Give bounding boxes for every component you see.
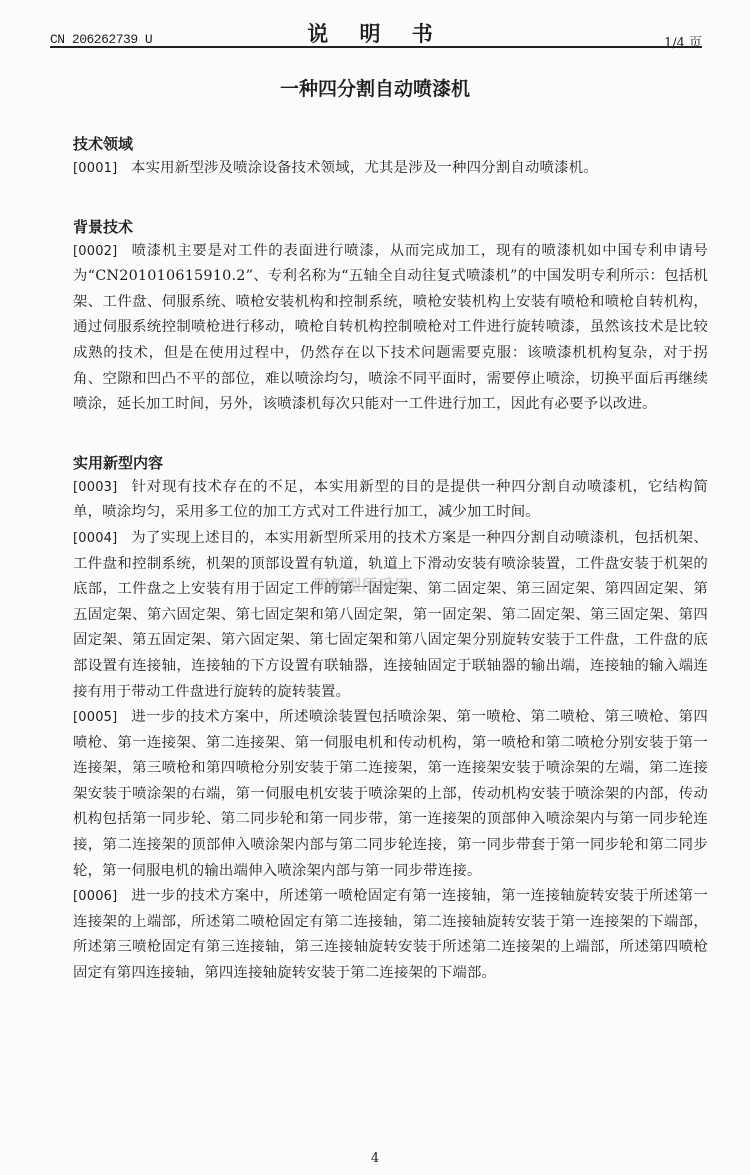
- header-divider: [50, 46, 702, 48]
- paragraph-text: 本实用新型涉及喷涂设备技术领域，尤其是涉及一种四分割自动喷漆机。: [131, 160, 598, 176]
- paragraph-0002: [0002]喷漆机主要是对工件的表面进行喷漆，从而完成加工，现有的喷漆机如中国专…: [73, 239, 708, 418]
- page-footer: 4: [0, 1151, 750, 1166]
- section-heading-technical-field: 技术领域: [73, 132, 708, 156]
- document-body: 技术领域 [0001]本实用新型涉及喷涂设备技术领域，尤其是涉及一种四分割自动喷…: [73, 132, 708, 987]
- section-heading-summary: 实用新型内容: [73, 451, 708, 475]
- paragraph-number: [0001]: [73, 156, 131, 182]
- paragraph-0004: [0004]为了实现上述目的，本实用新型所采用的技术方案是一种四分割自动喷漆机，…: [73, 526, 708, 705]
- paragraph-0005: [0005]进一步的技术方案中，所述喷涂装置包括喷涂架、第一喷枪、第二喷枪、第三…: [73, 705, 708, 884]
- paragraph-0003: [0003]针对现有技术存在的不足，本实用新型的目的是提供一种四分割自动喷漆机，…: [73, 475, 708, 526]
- paragraph-0001: [0001]本实用新型涉及喷涂设备技术领域，尤其是涉及一种四分割自动喷漆机。: [73, 156, 708, 182]
- paragraph-number: [0004]: [73, 526, 131, 552]
- paragraph-text: 针对现有技术存在的不足，本实用新型的目的是提供一种四分割自动喷漆机，它结构简单，…: [73, 479, 708, 521]
- paragraph-0006: [0006]进一步的技术方案中，所述第一喷枪固定有第一连接轴，第一连接轴旋转安装…: [73, 884, 708, 986]
- section-gap: [73, 182, 708, 215]
- paragraph-text: 进一步的技术方案中，所述第一喷枪固定有第一连接轴，第一连接轴旋转安装于所述第一连…: [73, 888, 708, 981]
- paragraph-text: 喷漆机主要是对工件的表面进行喷漆，从而完成加工，现有的喷漆机如中国专利申请号为“…: [73, 243, 708, 413]
- page-info: 1/4 页: [664, 32, 702, 51]
- page-header: CN 206262739 U 说 明 书 1/4 页: [50, 14, 702, 48]
- paragraph-text: 为了实现上述目的，本实用新型所采用的技术方案是一种四分割自动喷漆机，包括机架、工…: [73, 530, 708, 700]
- document-type: 说 明 书: [50, 18, 702, 48]
- paragraph-number: [0006]: [73, 884, 131, 910]
- paragraph-number: [0003]: [73, 475, 131, 501]
- paragraph-number: [0002]: [73, 239, 131, 265]
- section-heading-background: 背景技术: [73, 215, 708, 239]
- document-title: 一种四分割自动喷漆机: [0, 74, 750, 101]
- section-gap: [73, 418, 708, 451]
- paragraph-text: 进一步的技术方案中，所述喷涂装置包括喷涂架、第一喷枪、第二喷枪、第三喷枪、第四喷…: [73, 709, 708, 879]
- paragraph-number: [0005]: [73, 705, 131, 731]
- page-number: 4: [371, 1151, 379, 1166]
